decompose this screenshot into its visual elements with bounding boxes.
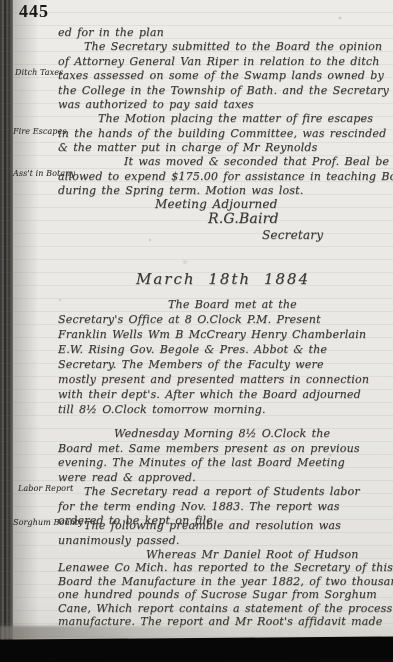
page-number: 445: [19, 1, 49, 22]
paragraph-botany-assistance: It was moved & seconded that Prof. Beal …: [58, 155, 390, 199]
handwritten-line: Wednesday Morning 8½ O.Clock the: [58, 427, 390, 442]
handwritten-line: The Secretary read a report of Students …: [58, 485, 390, 500]
binding-gutter: [0, 0, 13, 650]
handwritten-line: Whereas Mr Daniel Root of Hudson: [58, 548, 390, 561]
margin-note-ditch-taxes: Ditch Taxes: [15, 68, 63, 77]
handwritten-line: the College in the Township of Bath. and…: [58, 84, 390, 99]
handwritten-line: allowed to expend $175.00 for assistance…: [58, 170, 390, 185]
handwritten-line: for the term ending Nov. 1883. The repor…: [58, 500, 390, 515]
paragraph-ditch-taxes: The Secretary submitted to the Board the…: [58, 40, 390, 113]
scanned-page: 445 Ditch Taxes Fire Escapes Ass't in Bo…: [0, 0, 393, 650]
handwritten-line: with their dept's. After which the Board…: [58, 387, 390, 402]
handwritten-line: till 8½ O.Clock tomorrow morning.: [58, 402, 390, 417]
handwritten-line: Secretary. The Members of the Faculty we…: [58, 357, 390, 372]
paragraph-evening-session: The Board met at theSecretary's Office a…: [58, 297, 390, 417]
handwritten-line: Board the Manufacture in the year 1882, …: [58, 575, 390, 588]
handwritten-line: in the hands of the building Committee, …: [58, 127, 390, 142]
handwritten-line: of Attorney General Van Riper in relatio…: [58, 55, 390, 70]
paragraph-whereas-daniel-root: Whereas Mr Daniel Root of HudsonLenawee …: [58, 548, 390, 628]
binding-shadow: [13, 0, 39, 650]
handwritten-line: one hundred pounds of Sucrose Sugar from…: [58, 588, 390, 601]
handwritten-line: E.W. Rising Gov. Begole & Pres. Abbot & …: [58, 342, 390, 357]
handwritten-line: Franklin Wells Wm B McCreary Henry Chamb…: [58, 327, 390, 342]
paragraph-fire-escapes: The Motion placing the matter of fire es…: [58, 112, 390, 156]
handwritten-line: Lenawee Co Mich. has reported to the Sec…: [58, 561, 390, 574]
handwritten-line: evening. The Minutes of the last Board M…: [58, 456, 390, 471]
handwritten-line: taxes assessed on some of the Swamp land…: [58, 69, 390, 84]
handwritten-line: Cane, Which report contains a statement …: [58, 602, 390, 615]
handwritten-line: It was moved & seconded that Prof. Beal …: [58, 155, 390, 170]
handwritten-line: The Motion placing the matter of fire es…: [58, 112, 390, 127]
handwritten-line: were read & approved.: [58, 471, 390, 486]
signature-title: Secretary: [262, 228, 323, 242]
handwritten-line: The Secretary submitted to the Board the…: [58, 40, 390, 55]
handwritten-line: The Board met at the: [58, 297, 390, 312]
handwritten-line: mostly present and presented matters in …: [58, 372, 390, 387]
paragraph-sorghum-resolution: The following preamble and resolution wa…: [58, 519, 390, 548]
adjournment-line: Meeting Adjourned: [155, 197, 278, 211]
handwritten-line: Board met. Same members present as on pr…: [58, 442, 390, 457]
handwritten-line: was authorized to pay said taxes: [58, 98, 390, 113]
handwritten-line: unanimously passed.: [58, 534, 390, 549]
handwritten-line: & the matter put in charge of Mr Reynold…: [58, 141, 390, 156]
secretary-signature: R.G.Baird: [208, 211, 279, 227]
paragraph-wednesday-morning: Wednesday Morning 8½ O.Clock theBoard me…: [58, 427, 390, 485]
handwritten-line: The following preamble and resolution wa…: [58, 519, 390, 534]
meeting-date-heading: March 18th 1884: [136, 270, 310, 288]
handwritten-line: Secretary's Office at 8 O.Clock P.M. Pre…: [58, 312, 390, 327]
paragraph-opening-fragment: ed for in the plan: [58, 26, 390, 41]
scan-edge-black-band: [0, 636, 393, 650]
handwritten-line: ed for in the plan: [58, 26, 390, 41]
